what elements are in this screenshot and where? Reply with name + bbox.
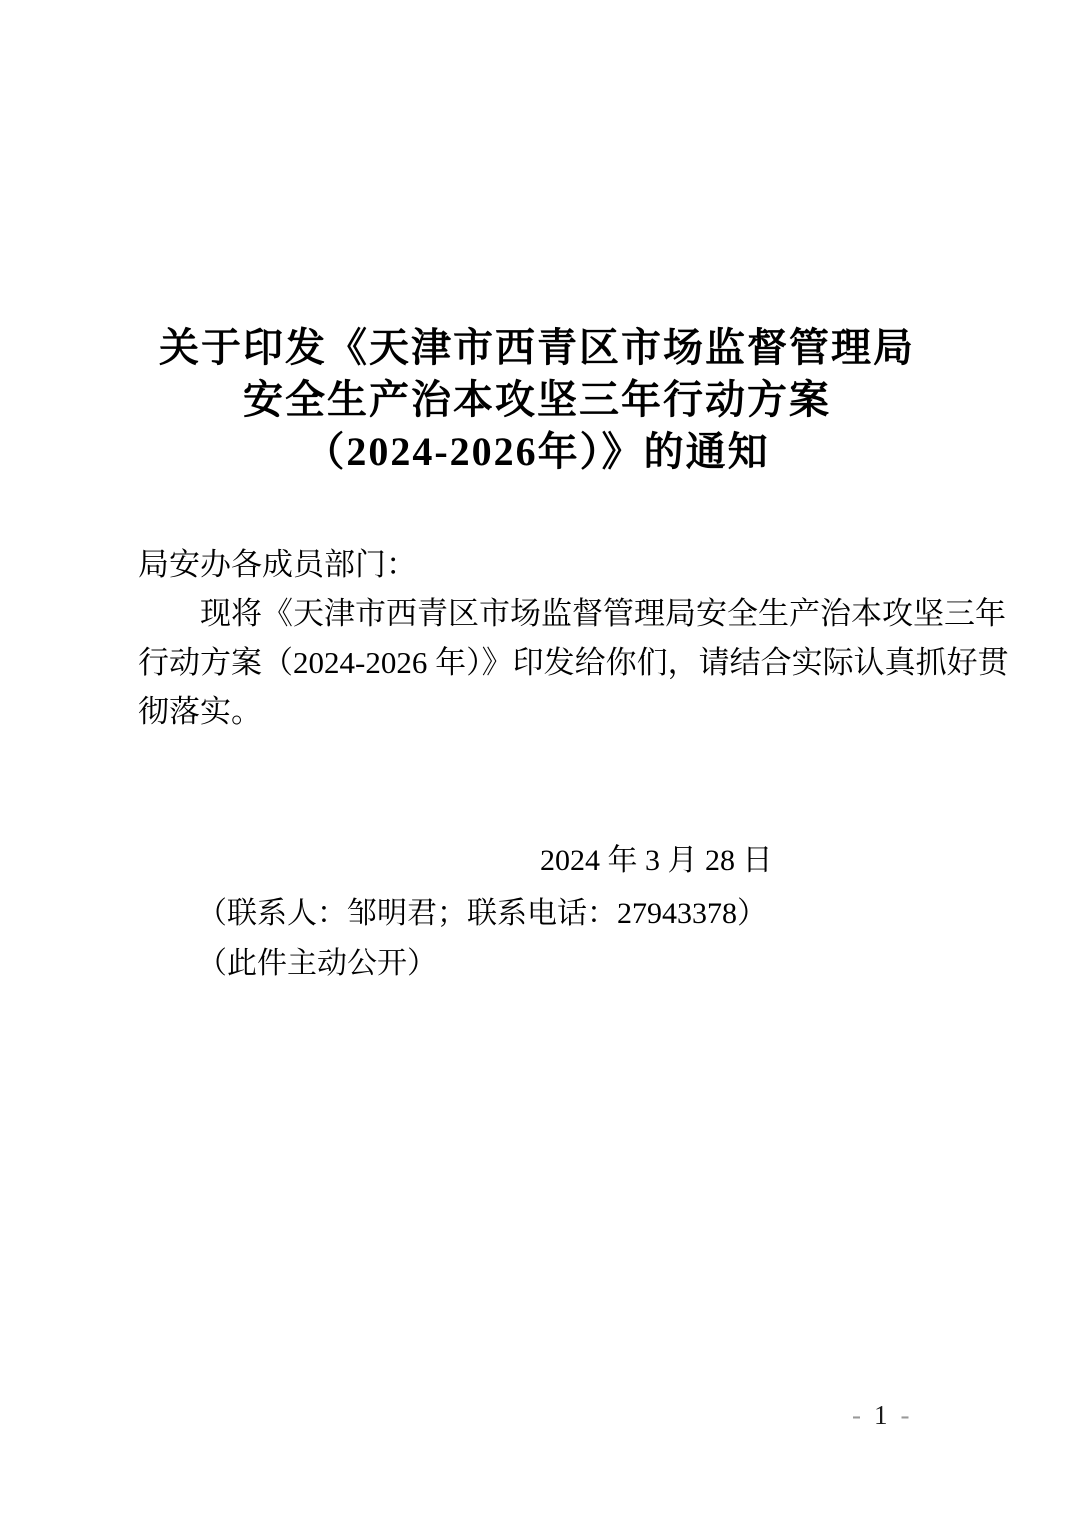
salutation: 局安办各成员部门：	[138, 540, 938, 589]
notice-title-line-2: 安全生产治本攻坚三年行动方案	[0, 374, 1074, 426]
body-line-2: 行动方案（2024-2026 年）》印发给你们，请结合实际认真抓好贯	[138, 638, 938, 687]
body-line-3: 彻落实。	[138, 687, 938, 736]
page-number: - 1 -	[852, 1400, 910, 1430]
document-page: 关于印发《天津市西青区市场监督管理局 安全生产治本攻坚三年行动方案 （2024-…	[0, 0, 1074, 1520]
notice-title-line-3: （2024-2026年）》的通知	[0, 426, 1074, 478]
page-number-value: 1	[874, 1400, 888, 1430]
notice-body: 局安办各成员部门： 现将《天津市西青区市场监督管理局安全生产治本攻坚三年 行动方…	[138, 540, 938, 736]
page-number-right-dash: -	[901, 1400, 910, 1430]
disclosure-note: （此件主动公开）	[197, 946, 437, 982]
issue-date: 2024 年 3 月 28 日	[540, 843, 773, 879]
notice-title-line-1: 关于印发《天津市西青区市场监督管理局	[0, 322, 1074, 374]
page-number-left-dash: -	[852, 1400, 861, 1430]
body-line-1: 现将《天津市西青区市场监督管理局安全生产治本攻坚三年	[138, 589, 938, 638]
contact-note: （联系人：邹明君；联系电话：27943378）	[197, 896, 767, 932]
notice-title: 关于印发《天津市西青区市场监督管理局 安全生产治本攻坚三年行动方案 （2024-…	[0, 322, 1074, 478]
